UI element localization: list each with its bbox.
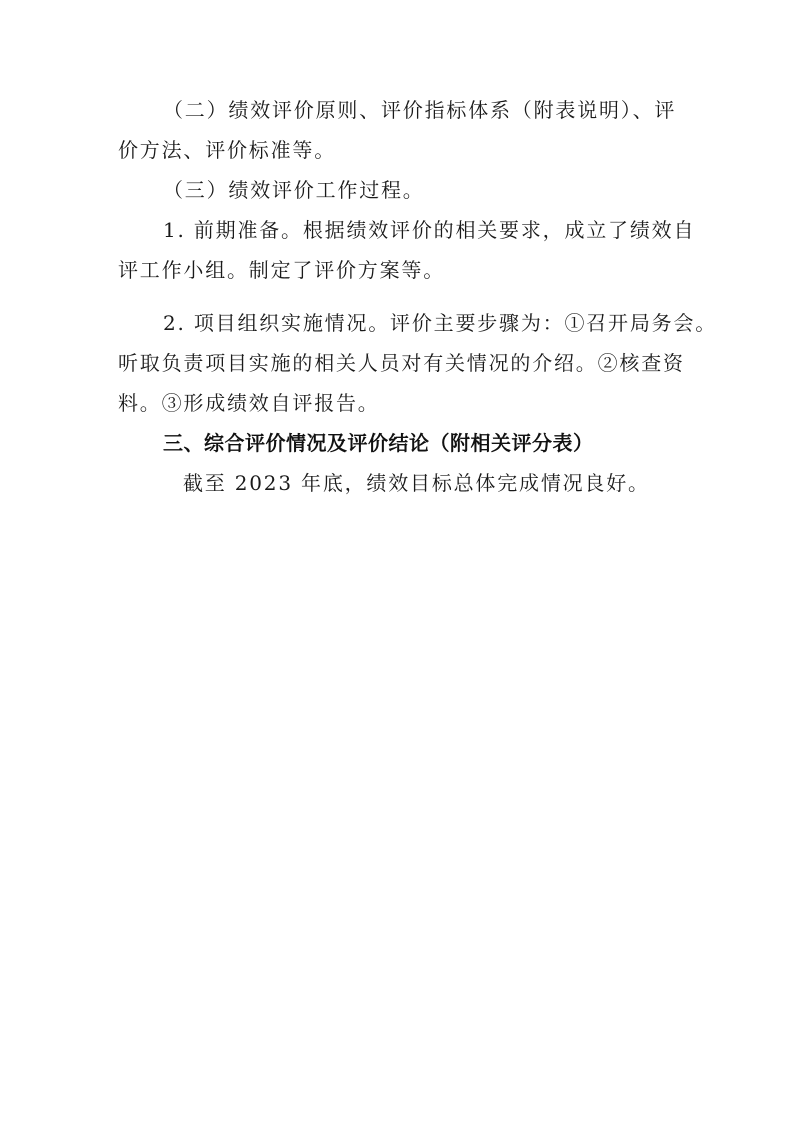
conclusion-text: 截至 2023 年底，绩效目标总体完成情况良好。	[183, 470, 743, 496]
principles-line-2: 价方法、评价标准等。	[118, 137, 678, 163]
principles-line-1: （二）绩效评价原则、评价指标体系（附表说明）、评	[163, 97, 723, 123]
document-page: （二）绩效评价原则、评价指标体系（附表说明）、评 价方法、评价标准等。 （三）绩…	[0, 0, 793, 1122]
preparation-line-1: 1. 前期准备。根据绩效评价的相关要求，成立了绩效自	[163, 217, 723, 243]
process-heading: （三）绩效评价工作过程。	[163, 177, 723, 203]
implementation-line-2: 听取负责项目实施的相关人员对有关情况的介绍。②核查资	[118, 350, 678, 376]
implementation-line-1: 2. 项目组织实施情况。评价主要步骤为：①召开局务会。	[163, 310, 723, 336]
implementation-line-3: 料。③形成绩效自评报告。	[118, 390, 678, 416]
section-heading: 三、综合评价情况及评价结论（附相关评分表）	[163, 430, 723, 456]
preparation-line-2: 评工作小组。制定了评价方案等。	[118, 257, 678, 283]
